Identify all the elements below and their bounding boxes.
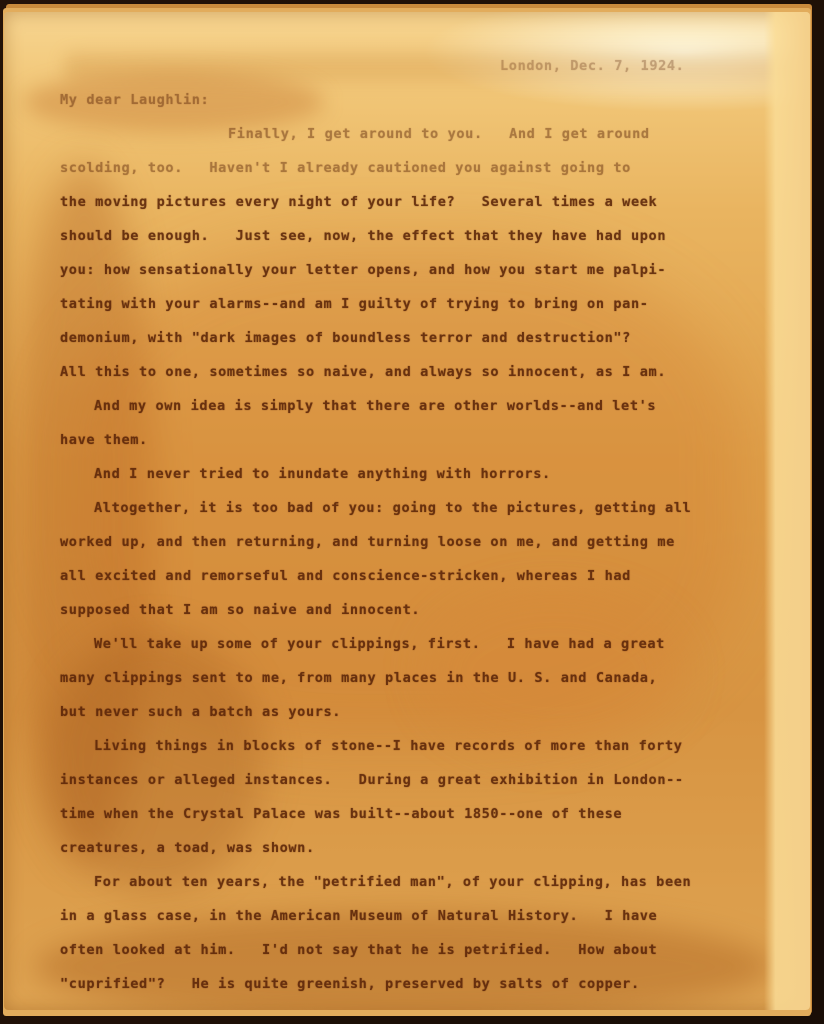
text-line: Finally, I get around to you. And I get … — [228, 124, 650, 144]
text-line: in a glass case, in the American Museum … — [60, 906, 657, 926]
water-stain — [64, 242, 744, 742]
text-line: We'll take up some of your clippings, fi… — [94, 634, 665, 654]
text-line: scolding, too. Haven't I already caution… — [60, 158, 631, 178]
text-line: but never such a batch as yours. — [60, 702, 341, 722]
text-line: you: how sensationally your letter opens… — [60, 260, 666, 280]
text-line: And my own idea is simply that there are… — [94, 396, 656, 416]
text-line: "cuprified"? He is quite greenish, prese… — [60, 974, 640, 994]
letter-page: London, Dec. 7, 1924. My dear Laughlin: … — [4, 12, 810, 1010]
text-line: many clippings sent to me, from many pla… — [60, 668, 657, 688]
salutation: My dear Laughlin: — [60, 90, 209, 110]
water-stain — [64, 52, 804, 82]
text-line: supposed that I am so naive and innocent… — [60, 600, 420, 620]
text-line: all excited and remorseful and conscienc… — [60, 566, 631, 586]
text-line: worked up, and then returning, and turni… — [60, 532, 675, 552]
water-stain — [34, 912, 774, 1010]
text-line: And I never tried to inundate anything w… — [94, 464, 551, 484]
text-line: instances or alleged instances. During a… — [60, 770, 684, 790]
text-line: should be enough. Just see, now, the eff… — [60, 226, 666, 246]
text-line: Living things in blocks of stone--I have… — [94, 736, 683, 756]
text-line: creatures, a toad, was shown. — [60, 838, 315, 858]
text-line: time when the Crystal Palace was built--… — [60, 804, 622, 824]
text-line: All this to one, sometimes so naive, and… — [60, 362, 666, 382]
text-line: Altogether, it is too bad of you: going … — [94, 498, 691, 518]
text-line: have them. — [60, 430, 148, 450]
text-line: For about ten years, the "petrified man"… — [94, 872, 691, 892]
text-line: demonium, with "dark images of boundless… — [60, 328, 631, 348]
dateline: London, Dec. 7, 1924. — [500, 56, 684, 76]
photo-scene: London, Dec. 7, 1924. My dear Laughlin: … — [0, 0, 824, 1024]
text-line: tating with your alarms--and am I guilty… — [60, 294, 649, 314]
text-line: often looked at him. I'd not say that he… — [60, 940, 657, 960]
text-line: the moving pictures every night of your … — [60, 192, 657, 212]
